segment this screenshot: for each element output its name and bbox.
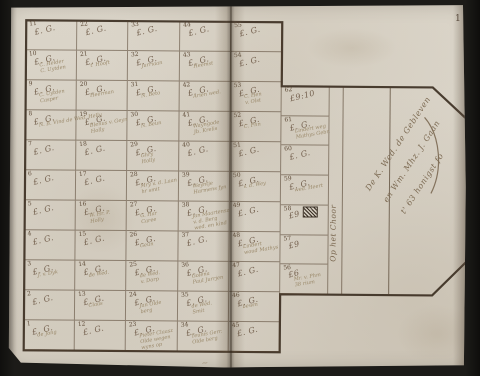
page-number: 1 — [455, 14, 461, 24]
price-mark: £. G. — [32, 233, 55, 247]
pew-cell-25: 25£. G.de Wed. v. Dorp — [127, 261, 178, 291]
pew-cell-47: 47£. G. — [229, 262, 280, 292]
pew-number: 5 — [28, 201, 32, 207]
pew-cell-41: 41£. G.Wayngode Jb. Krelis — [179, 111, 230, 141]
owner-name-note: Geun — [140, 241, 154, 249]
pew-cell-24: 24£. G.Jan Olde berg — [126, 291, 177, 321]
pew-number: 1 — [27, 321, 31, 327]
pew-cell-34: 34£. G.Teunis Gerr. Olde berg — [177, 321, 228, 351]
pew-cell-29: 29£. G.Ghry Holly — [127, 141, 178, 171]
pew-cell-2: 2£. G. — [24, 290, 75, 320]
pew-cell-36: 36£. G.Golena Paul Jurrjen — [178, 261, 229, 291]
choir-left-pews: 62£9:1061£. G.Lindert weg Mathys Gebr.60… — [8, 2, 470, 6]
pew-cell-27: 27£. G.G. Har Caree — [127, 201, 178, 231]
pew-cell-10: 10£. G.C. Helder C. Uytden — [26, 50, 77, 80]
pew-cell-51: 51£. G. — [230, 142, 281, 172]
pew-cell-11: 11£. G. — [26, 20, 77, 50]
pew-cell-18: 18£. G. — [76, 141, 127, 171]
pew-cell-54: 54£. G. — [231, 52, 282, 82]
pew-cell-4: 4£. G. — [24, 230, 75, 260]
price-mark: £9:10 — [289, 89, 316, 104]
pew-cell-38: 38£. G.Jan Maartensz v. d. Berg wed. en … — [178, 201, 229, 231]
pew-cell-7: 7£. G. — [25, 140, 76, 170]
owner-name-note: Pieter Claasz Olde wegen wyns op — [139, 327, 176, 351]
pew-cell-55: 55£. G. — [231, 22, 282, 52]
pew-cell-42: 42£. G.Arien wed. — [179, 81, 230, 111]
pew-cell-39: 39£. G.Weyntje Harmens fyn — [178, 171, 229, 201]
pew-cell-45: 45£. G. — [228, 322, 279, 352]
pew-cell-53: 53£. G.C. Hen v. Olst — [230, 82, 281, 112]
price-mark: £. G. — [32, 173, 55, 187]
pew-cell-44: 44£. G. — [180, 21, 231, 51]
pew-cell-59: 59£. G.wed. Heert — [281, 175, 329, 205]
price-mark: £9 — [288, 209, 301, 220]
pew-cell-33: 33£. G. — [128, 21, 179, 51]
pew-cell-14: 14£. G.de Wed. — [75, 261, 126, 291]
price-mark: £. G. — [33, 143, 56, 157]
pew-cell-16: 16£. G.W. Hr. P. Holly — [76, 201, 127, 231]
pew-cell-46: 46£. G.bewm — [229, 292, 280, 322]
pulpit-hatched-box — [303, 206, 318, 217]
pew-number: 6 — [28, 171, 32, 177]
pew-cell-56: 56£6Mr. v. Phm 38 rium — [280, 265, 328, 295]
pew-cell-43: 43£. G.Heemst — [179, 51, 230, 81]
nave-pew-grid: 1£. G.de Jong2£. G.3£. G.J. v. Dyk4£. G.… — [8, 2, 470, 6]
owner-name-note: C. Fhn — [243, 121, 261, 130]
pew-cell-57: 57£9 — [280, 235, 328, 265]
pew-cell-28: 28£. G.Mry v. d. Laan hr smit — [127, 171, 178, 201]
owner-name-note: C. Hen v. Olst — [244, 91, 263, 106]
pew-cell-8: 8£. G.N. B. Vind de Wed. Helly — [25, 110, 76, 140]
pew-cell-13: 13£. G.Claas — [75, 291, 126, 321]
pew-number: 7 — [28, 141, 32, 147]
pew-cell-52: 52£. G.C. Fhn — [230, 112, 281, 142]
pew-cell-31: 31£. G.N. Beto — [128, 81, 179, 111]
pew-number: 9 — [28, 81, 32, 87]
pew-cell-35: 35£. G.de Wed. Smit — [178, 291, 229, 321]
owner-name-note: bewm — [242, 301, 258, 310]
manuscript-scan: 1£. G.de Jong2£. G.3£. G.J. v. Dyk4£. G.… — [0, 0, 480, 376]
pew-number: 8 — [28, 111, 32, 117]
price-mark: £. G. — [32, 203, 55, 217]
pew-cell-22: 22£. G. — [77, 21, 128, 51]
pew-cell-37: 37£. G. — [178, 231, 229, 261]
pew-cell-5: 5£. G. — [25, 200, 76, 230]
pew-cell-21: 21£. G.t' Hooft — [77, 51, 128, 81]
owner-name-note: G. Har Caree — [140, 210, 159, 225]
pew-cell-61: 61£. G.Lindert weg Mathys Gebr. — [281, 116, 329, 146]
owner-name-note: C. Helder C. Uytden — [39, 58, 66, 74]
owner-name-note: de Wed. v. Dorp — [140, 270, 162, 285]
pew-cell-30: 30£. G.N. Beun — [128, 111, 179, 141]
owner-name-note: Jan Olde berg — [139, 299, 163, 315]
price-mark: £. G. — [31, 293, 54, 307]
pew-cell-26: 26£. G.Geun — [127, 231, 178, 261]
pew-cell-1: 1£. G.de Jong — [24, 320, 75, 350]
choir-aisle-label: Op het Choor — [328, 173, 343, 293]
pew-cell-20: 20£. G.Heerman — [77, 81, 128, 111]
pew-cell-49: 49£. G. — [229, 202, 280, 232]
owner-name-note: de Wed. Smit — [191, 300, 213, 315]
owner-name-note: Mr. v. Phm 38 rium — [293, 272, 322, 289]
owner-name-note: Ghry Holly — [141, 151, 157, 165]
owner-name-note: C. Uytden Casper — [39, 88, 66, 104]
pew-cell-6: 6£. G. — [25, 170, 76, 200]
pew-cell-32: 32£. G.Jurriaan — [128, 51, 179, 81]
owner-name-note: W. Hr. P. Holly — [89, 209, 112, 225]
pew-cell-12: 12£. G. — [75, 321, 126, 351]
pew-cell-17: 17£. G. — [76, 171, 127, 201]
pew-cell-48: 48£. G.Lindert woud Mathys — [229, 232, 280, 262]
pew-cell-40: 40£. G. — [179, 141, 230, 171]
pew-number: 4 — [27, 231, 31, 237]
pew-cell-62: 62£9:10 — [282, 86, 330, 116]
pew-cell-60: 60£. G. — [281, 146, 329, 176]
pew-cell-15: 15£. G. — [76, 231, 127, 261]
pew-plan: 1£. G.de Jong2£. G.3£. G.J. v. Dyk4£. G.… — [6, 2, 471, 372]
price-mark: £9 — [288, 239, 301, 250]
pew-cell-19: 19£. G.Blenus v. Geyn Holly — [77, 111, 128, 141]
owner-name-note: Claas — [88, 300, 103, 308]
pew-cell-50: 50£. G.v. d. Wey — [230, 172, 281, 202]
pew-cell-23: 23£. G.Pieter Claasz Olde wegen wyns op — [126, 321, 177, 351]
pew-number: 2 — [27, 291, 31, 297]
pew-number: 3 — [27, 261, 31, 267]
pew-cell-9: 9£. G.C. Uytden Casper — [26, 80, 77, 110]
book-spread-paper: 1£. G.de Jong2£. G.3£. G.J. v. Dyk4£. G.… — [7, 4, 469, 370]
margin-flourish: ~ — [201, 353, 248, 371]
pew-number: 62 — [284, 87, 292, 94]
pew-cell-3: 3£. G.J. v. Dyk — [24, 260, 75, 290]
